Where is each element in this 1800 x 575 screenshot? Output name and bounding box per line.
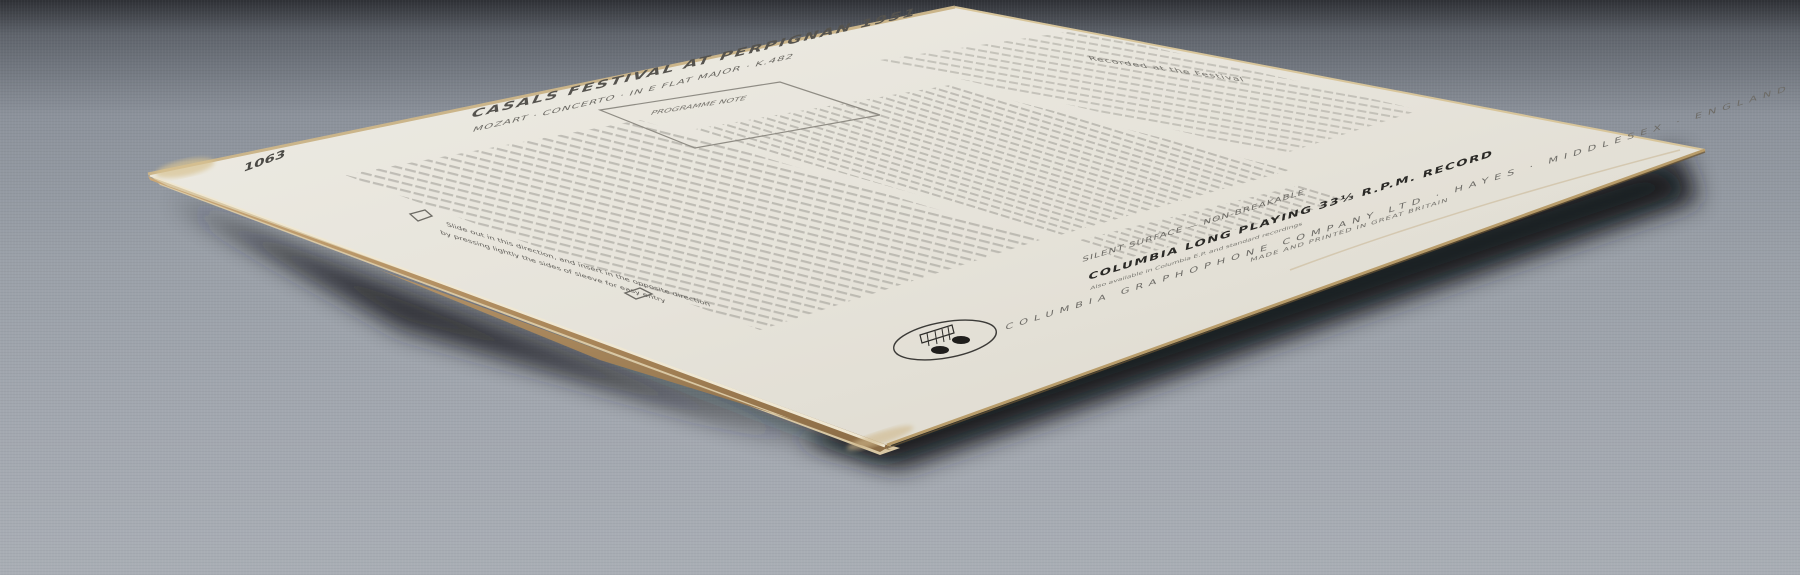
record-sleeve-photo: PROGRAMME NOTE 1063 CASALS FESTIVAL AT P… xyxy=(0,0,1800,575)
